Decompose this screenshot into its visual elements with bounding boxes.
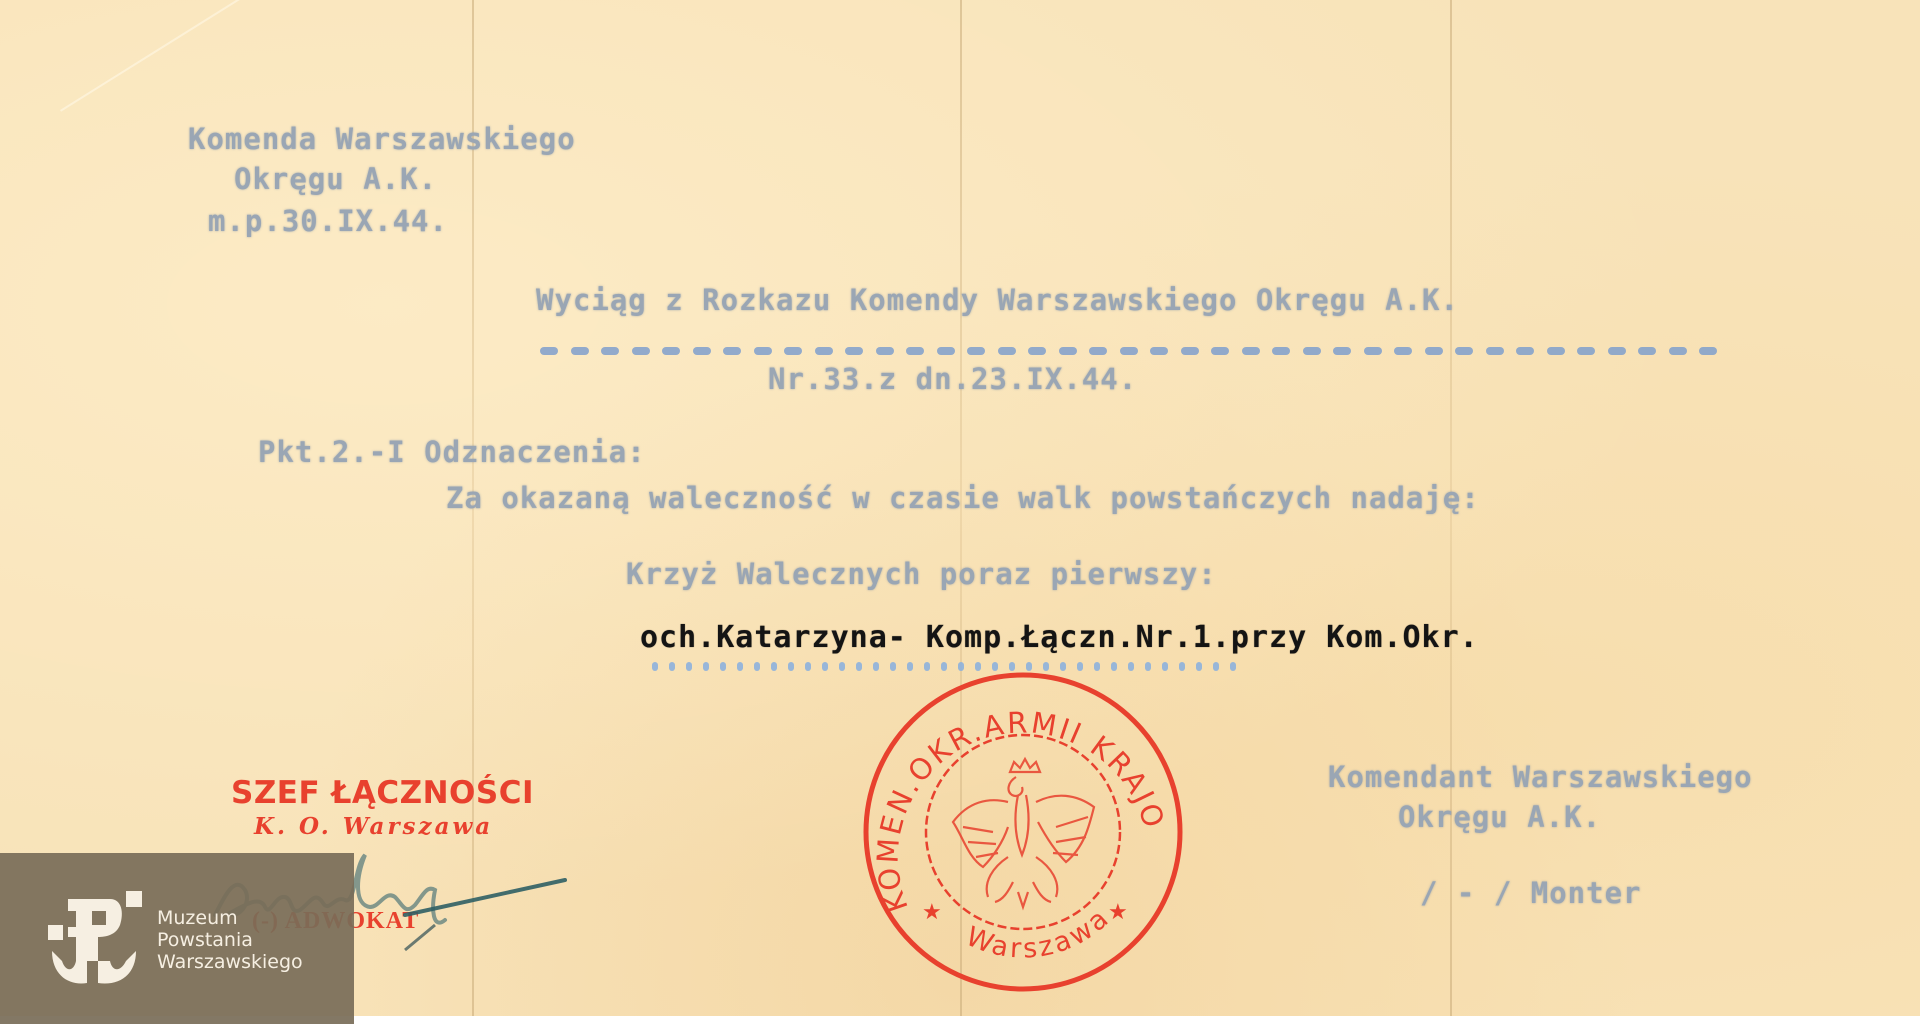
header-line-2: Okręgu A.K.	[234, 162, 437, 196]
kotwica-icon	[48, 891, 143, 986]
museum-name: Muzeum Powstania Warszawskiego	[157, 907, 303, 973]
museum-name-line-3: Warszawskiego	[157, 951, 303, 973]
stamp-title: SZEF ŁĄCZNOŚCI	[231, 775, 534, 811]
recipient: och.Katarzyna- Komp.Łączn.Nr.1.przy Kom.…	[640, 620, 1479, 655]
signature-name: / - / Monter	[1420, 876, 1642, 910]
crease-mark	[60, 0, 315, 112]
order-number: Nr.33.z dn.23.IX.44.	[768, 362, 1137, 396]
signature-title-2: Okręgu A.K.	[1398, 800, 1601, 834]
signature-title-1: Komendant Warszawskiego	[1328, 760, 1753, 794]
svg-text:KOMEN.OKR.ARMII KRAJO: KOMEN.OKR.ARMII KRAJO	[870, 705, 1171, 916]
point-heading: Pkt.2.-I Odznaczenia:	[258, 435, 646, 469]
museum-watermark: Muzeum Powstania Warszawskiego	[0, 853, 354, 1024]
title-underline	[540, 340, 1730, 350]
museum-name-line-2: Powstania	[157, 929, 303, 951]
header-line-1: Komenda Warszawskiego	[188, 122, 576, 156]
seal-outer-text: KOMEN.OKR.ARMII KRAJO	[870, 705, 1171, 916]
eagle-emblem	[953, 759, 1094, 907]
round-seal: KOMEN.OKR.ARMII KRAJO Warszawa ★ ★	[858, 667, 1188, 997]
header-date: m.p.30.IX.44.	[208, 204, 448, 238]
svg-text:Warszawa: Warszawa	[962, 902, 1117, 965]
recipient-underline	[652, 656, 1247, 666]
svg-text:★: ★	[922, 900, 942, 925]
museum-name-line-1: Muzeum	[157, 907, 303, 929]
seal-bottom-text: Warszawa	[962, 902, 1117, 965]
award-statement: Za okazaną waleczność w czasie walk pows…	[446, 481, 1480, 515]
document-title: Wyciąg z Rozkazu Komendy Warszawskiego O…	[536, 283, 1459, 317]
svg-text:★: ★	[1108, 900, 1128, 925]
award-name: Krzyż Walecznych poraz pierwszy:	[626, 557, 1217, 591]
